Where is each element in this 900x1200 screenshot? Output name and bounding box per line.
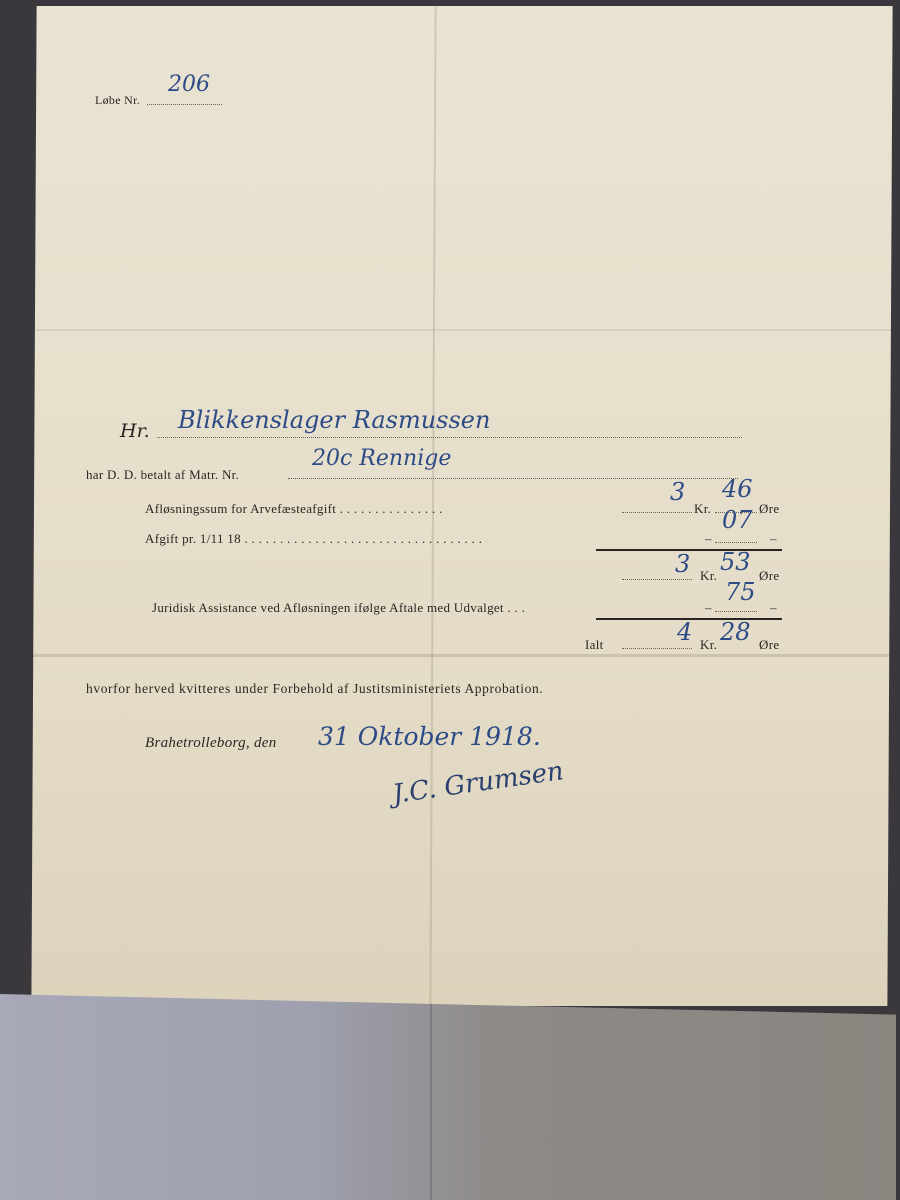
- lobe-nr-line: [147, 104, 222, 105]
- fold-crease-upper: [35, 329, 891, 331]
- ore-line: [715, 611, 757, 612]
- total-label: Ialt: [585, 637, 604, 653]
- subtotal-kr: 3: [675, 550, 690, 578]
- addressee-line: [157, 437, 742, 438]
- kr-line: [622, 512, 692, 513]
- kr-line: [622, 579, 692, 580]
- ore-label: Øre: [759, 501, 779, 517]
- lobe-nr-value: 206: [168, 72, 210, 97]
- date-value: 31 Oktober 1918.: [318, 722, 541, 751]
- ore-dash: –: [770, 531, 777, 547]
- ore-dash: –: [770, 600, 777, 616]
- lobe-nr-label: Løbe Nr.: [95, 93, 140, 108]
- subtotal-ore: 53: [720, 548, 751, 576]
- fold-crease-flap: [430, 994, 432, 1200]
- addressee-value: Blikkenslager Rasmussen: [178, 406, 490, 434]
- line-item-kr: –: [705, 531, 712, 547]
- line-item-label: Afgift pr. 1/11 18 . . . . . . . . . . .…: [145, 531, 482, 547]
- matr-value: 20c Rennige: [312, 446, 451, 471]
- total-ore: 28: [720, 618, 751, 646]
- kr-line: [622, 648, 692, 649]
- paid-label: har D. D. betalt af Matr. Nr.: [86, 467, 239, 483]
- kr-label: Kr.: [700, 637, 717, 653]
- line-item-ore: 46: [722, 475, 753, 503]
- line-item-ore: 07: [722, 506, 753, 534]
- line-item-kr: –: [705, 600, 712, 616]
- folded-flap: [0, 994, 896, 1200]
- line-item-label: Afløsningssum for Arvefæsteafgift . . . …: [145, 501, 443, 517]
- line-item-ore: 75: [725, 578, 756, 606]
- ore-label: Øre: [759, 568, 779, 584]
- receipt-statement: hvorfor herved kvitteres under Forbehold…: [86, 681, 543, 697]
- fold-crease-lower: [33, 654, 889, 657]
- total-kr: 4: [677, 618, 692, 646]
- ore-label: Øre: [759, 637, 779, 653]
- line-item-kr: 3: [670, 478, 685, 506]
- place-label: Brahetrolleborg, den: [145, 735, 277, 752]
- kr-label: Kr.: [694, 501, 711, 517]
- addressee-prefix: Hr.: [120, 420, 150, 442]
- kr-label: Kr.: [700, 568, 717, 584]
- ore-line: [715, 542, 757, 543]
- line-item-label: Juridisk Assistance ved Afløsningen iføl…: [152, 600, 525, 616]
